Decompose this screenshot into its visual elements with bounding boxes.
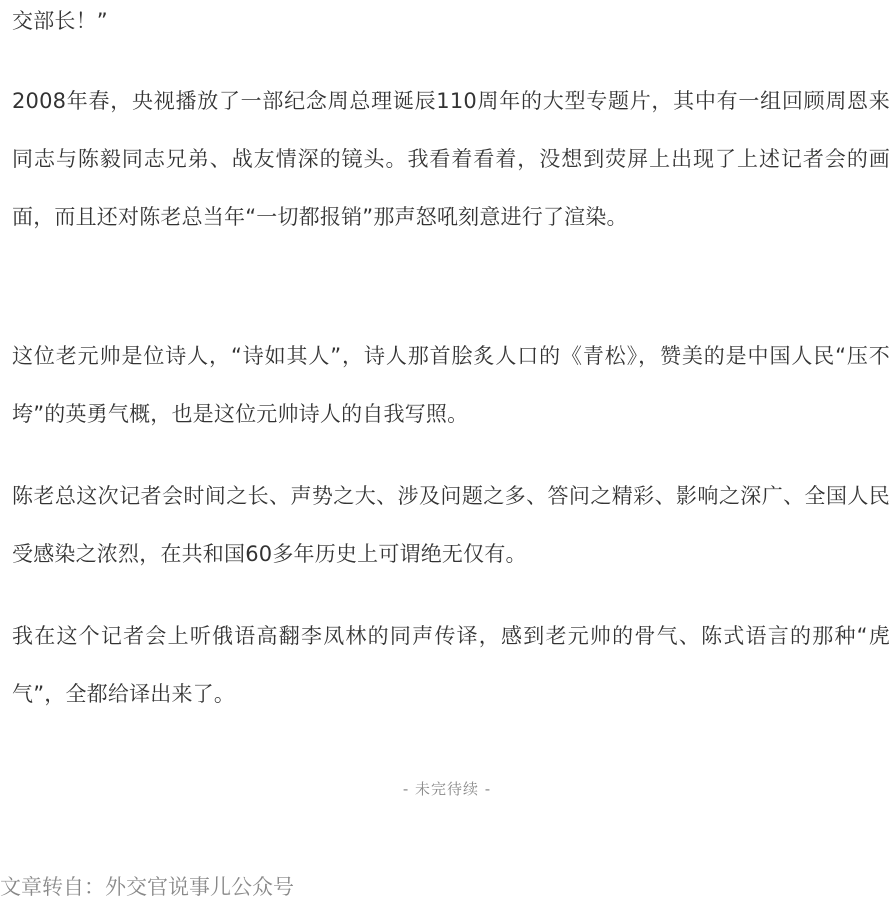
- paragraph-press-conference: 陈老总这次记者会时间之长、声势之大、涉及问题之多、答问之精彩、影响之深广、全国人…: [12, 467, 890, 583]
- paragraph-poet: 这位老元帅是位诗人，“诗如其人”，诗人那首脍炙人口的《青松》，赞美的是中国人民“…: [12, 327, 890, 443]
- to-be-continued-label: - 未完待续 -: [0, 778, 894, 799]
- source-attribution: 文章转自：外交官说事儿公众号: [0, 871, 294, 901]
- paragraph-documentary: 2008年春，央视播放了一部纪念周总理诞辰110周年的大型专题片，其中有一组回顾…: [12, 72, 890, 246]
- paragraph-ending: 交部长！”: [12, 0, 890, 50]
- paragraph-translation: 我在这个记者会上听俄语高翻李凤林的同声传译，感到老元帅的骨气、陈式语言的那种“虎…: [12, 607, 890, 723]
